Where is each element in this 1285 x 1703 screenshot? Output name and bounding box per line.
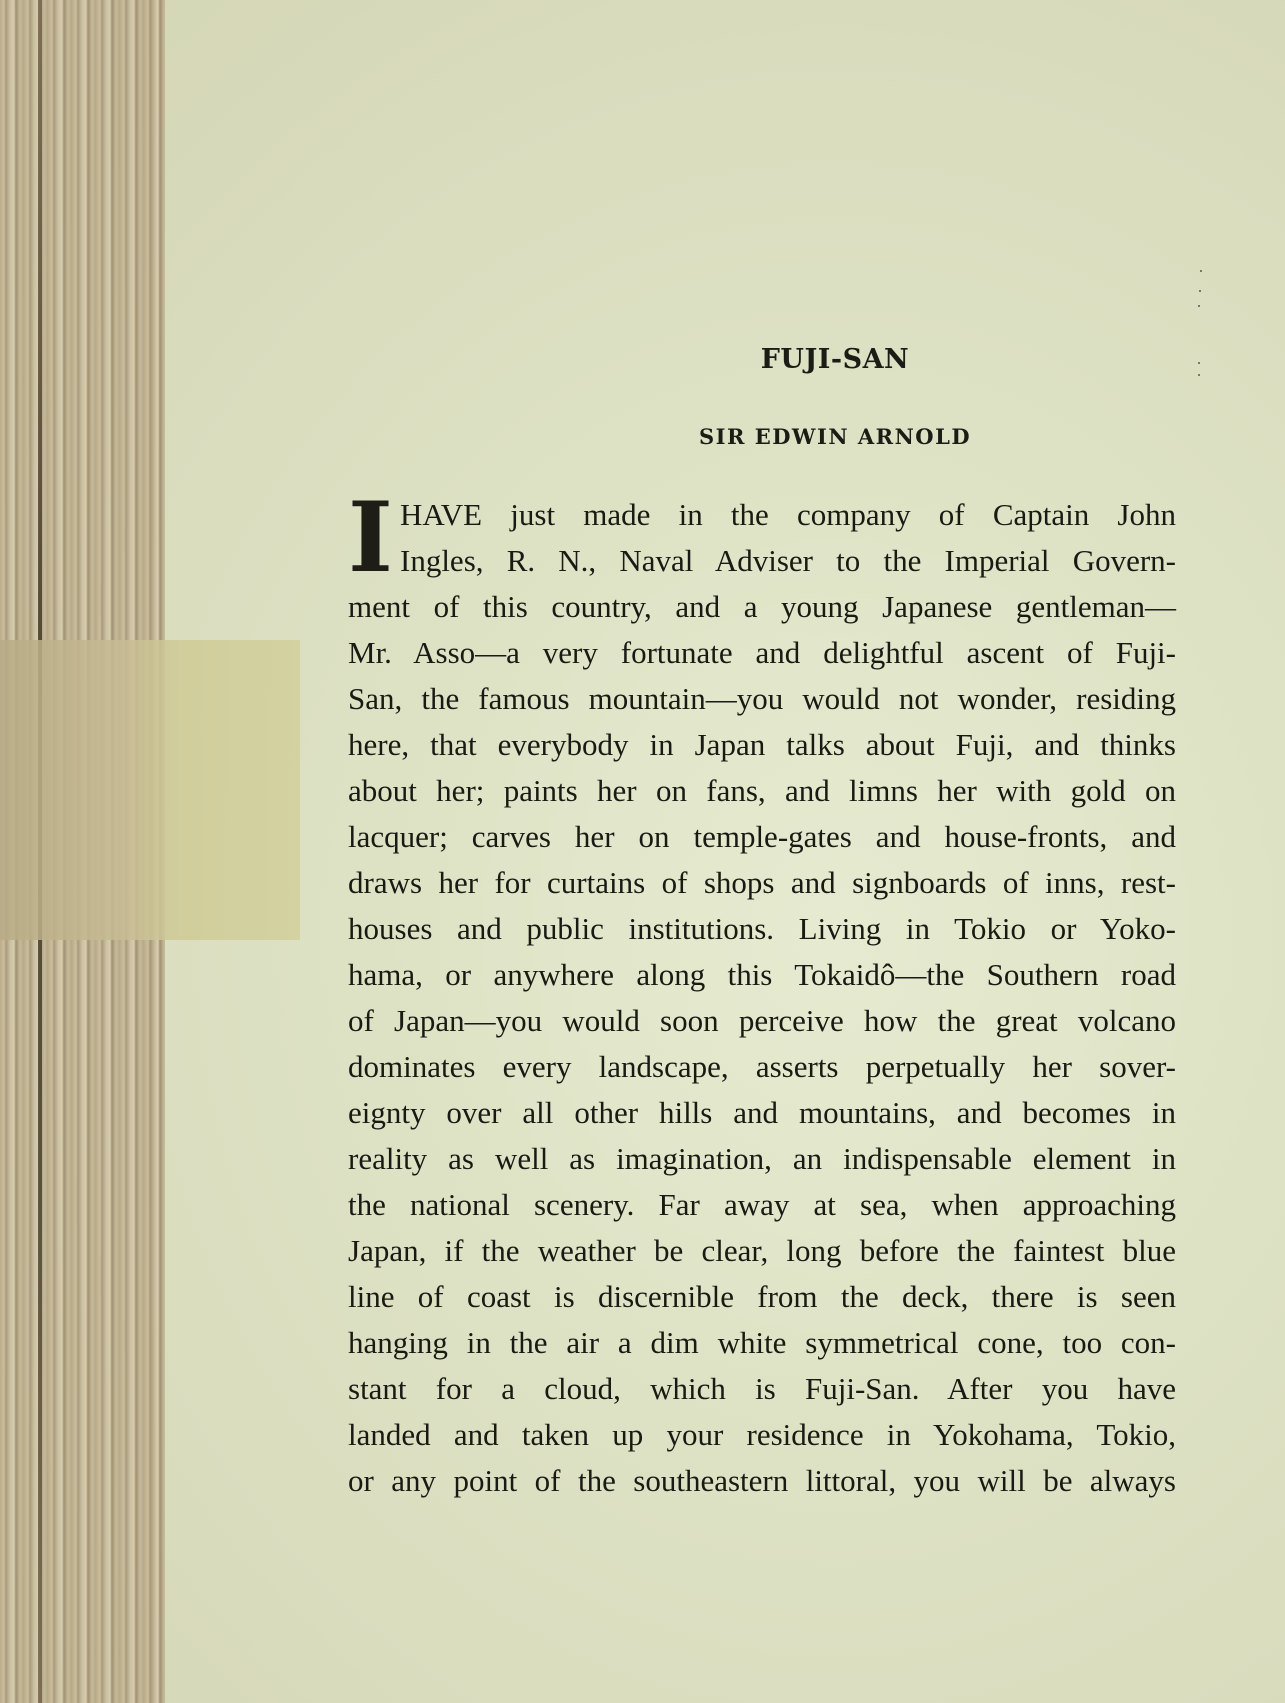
text-line: eignty over all other hills and mountain… <box>348 1090 1176 1136</box>
text-line: houses and public institutions. Living i… <box>348 906 1176 952</box>
text-line: or any point of the southeastern littora… <box>348 1458 1176 1504</box>
text-line: about her; paints her on fans, and limns… <box>348 768 1176 814</box>
text-line: Mr. Asso—a very fortunate and delightful… <box>348 630 1176 676</box>
text-line: ment of this country, and a young Japane… <box>348 584 1176 630</box>
drop-cap: I <box>348 494 393 582</box>
text-line: Ingles, R. N., Naval Adviser to the Impe… <box>348 538 1176 584</box>
text-line: draws her for curtains of shops and sign… <box>348 860 1176 906</box>
text-line: HAVE just made in the company of Captain… <box>348 492 1176 538</box>
text-line: dominates every landscape, asserts perpe… <box>348 1044 1176 1090</box>
chapter-title: FUJI-SAN <box>0 344 1285 375</box>
text-line: stant for a cloud, which is Fuji-San. Af… <box>348 1366 1176 1412</box>
text-line: reality as well as imagination, an indis… <box>348 1136 1176 1182</box>
body-text: I HAVE just made in the company of Capta… <box>348 492 1176 1504</box>
text-line: the national scenery. Far away at sea, w… <box>348 1182 1176 1228</box>
scan-artifact-band <box>0 640 300 940</box>
text-line: landed and taken up your residence in Yo… <box>348 1412 1176 1458</box>
book-page: FUJI-SAN SIR EDWIN ARNOLD I HAVE just ma… <box>0 0 1285 1703</box>
text-line: of Japan—you would soon perceive how the… <box>348 998 1176 1044</box>
text-line: lacquer; carves her on temple-gates and … <box>348 814 1176 860</box>
text-line: Japan, if the weather be clear, long bef… <box>348 1228 1176 1274</box>
text-line: here, that everybody in Japan talks abou… <box>348 722 1176 768</box>
text-line: line of coast is discernible from the de… <box>348 1274 1176 1320</box>
text-line: hanging in the air a dim white symmetric… <box>348 1320 1176 1366</box>
text-line: San, the famous mountain—you would not w… <box>348 676 1176 722</box>
author-name: SIR EDWIN ARNOLD <box>0 424 1285 449</box>
text-line: hama, or anywhere along this Tokaidô—the… <box>348 952 1176 998</box>
